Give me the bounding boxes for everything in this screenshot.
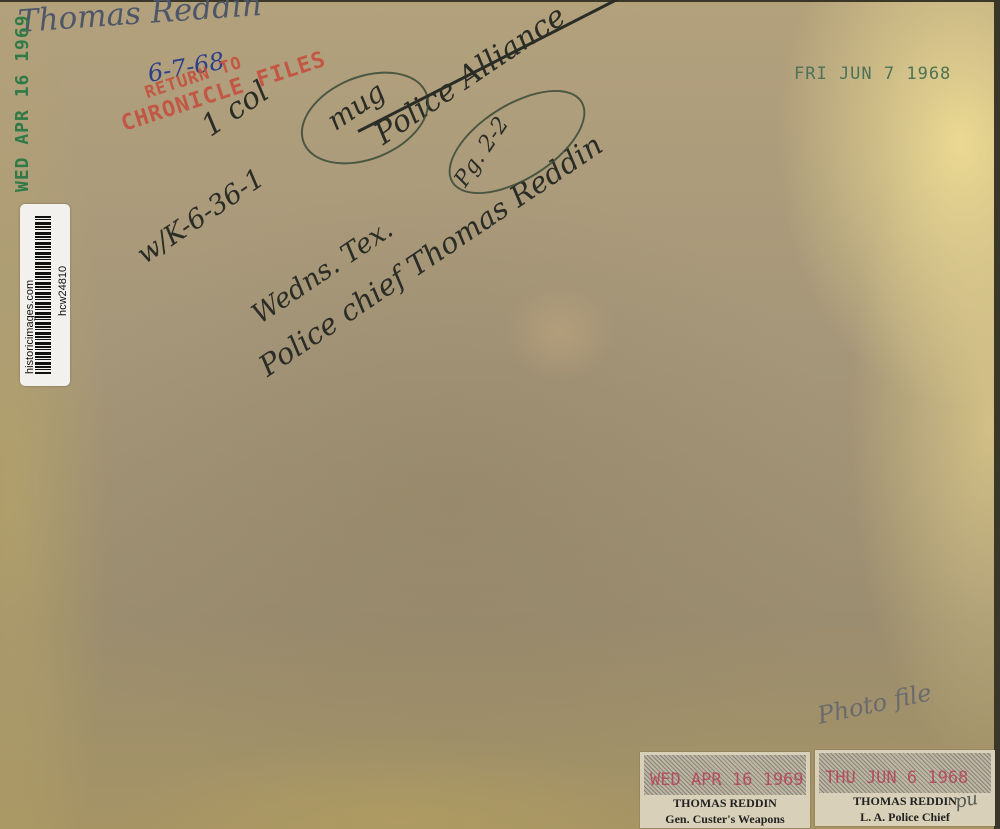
photo-back-surface: Thomas Reddin WED APR 16 1969 6-7-68 RET…: [0, 0, 1000, 829]
clipping-caption: L. A. Police Chief: [815, 810, 995, 825]
note-caption: Police chief Thomas Reddin: [252, 127, 608, 383]
owner-name-handwriting: Thomas Reddin: [17, 0, 263, 40]
clipping-name: THOMAS REDDIN: [640, 796, 810, 811]
clipping-date-stamp: THU JUN 6 1968: [825, 768, 968, 788]
barcode-icon: [35, 216, 51, 374]
pu-handwriting: pu: [953, 788, 979, 813]
barcode-label: historicimages.com hcw24810: [20, 204, 70, 386]
date-stamp-green-vertical: WED APR 16 1969: [12, 14, 33, 192]
barcode-id-text: hcw24810: [57, 266, 69, 316]
newspaper-clipping-2: THU JUN 6 1968 THOMAS REDDIN L. A. Polic…: [815, 750, 995, 826]
clipping-caption: Gen. Custer's Weapons: [640, 812, 810, 827]
newspaper-clipping-1: WED APR 16 1969 THOMAS REDDIN Gen. Custe…: [640, 752, 810, 828]
clipping-date-stamp: WED APR 16 1969: [650, 770, 804, 790]
barcode-site-text: historicimages.com: [24, 280, 36, 374]
note-reference-code: w/K-6-36-1: [131, 163, 270, 271]
date-stamp-top-right: FRI JUN 7 1968: [794, 64, 951, 84]
photo-file-handwriting: Photo file: [815, 678, 934, 729]
